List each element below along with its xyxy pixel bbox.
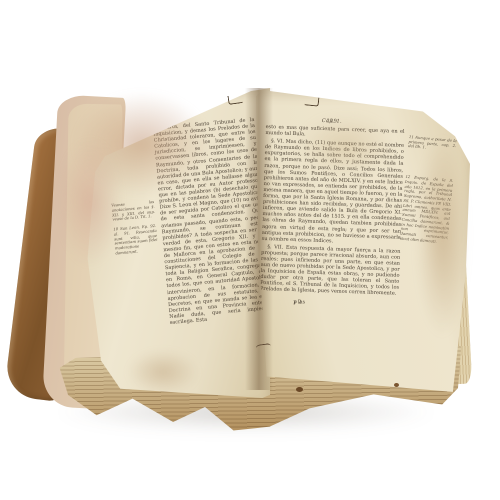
left-page-number: 128 bbox=[130, 119, 141, 126]
margin-note: Veanse las anotaciones en los §. XII. y … bbox=[111, 200, 155, 223]
catchword: y las bbox=[293, 299, 305, 305]
page-curl-mark bbox=[305, 96, 320, 106]
right-body-paragraph: §. VII. Esta respuesta da mayor fuerça a… bbox=[260, 244, 401, 298]
right-page-columns: esto es mas que suficiente para creer, q… bbox=[260, 124, 458, 304]
left-running-header: Defens. 1. bbox=[130, 117, 159, 125]
right-page-content: Cap. 1. 129 esto es mas que suficiente p… bbox=[260, 116, 458, 304]
book-photo: 128 Defens. 1. 9 Vease el Catecismo c. 2… bbox=[0, 0, 500, 500]
right-page: Cap. 1. 129 esto es mas que suficiente p… bbox=[256, 90, 470, 398]
right-body-text: esto es mas que suficiente para creer, q… bbox=[260, 124, 405, 302]
right-body-paragraph: §. VI. Mas dicho, (11) que aunque no est… bbox=[262, 138, 405, 246]
margin-note: 10 San Leon. Ep. 92. al. 91. Resecanda s… bbox=[113, 224, 158, 256]
margin-note: 12 Expurg. de la S. Inquis. de España de… bbox=[400, 175, 454, 245]
page-curl-mark bbox=[227, 94, 242, 105]
right-page-number: 129 bbox=[326, 118, 337, 124]
margin-note: 11 Aunque a pesar de la primera parte, c… bbox=[408, 135, 457, 153]
right-margin-column: 11 Aunque a pesar de la primera parte, c… bbox=[395, 129, 458, 306]
